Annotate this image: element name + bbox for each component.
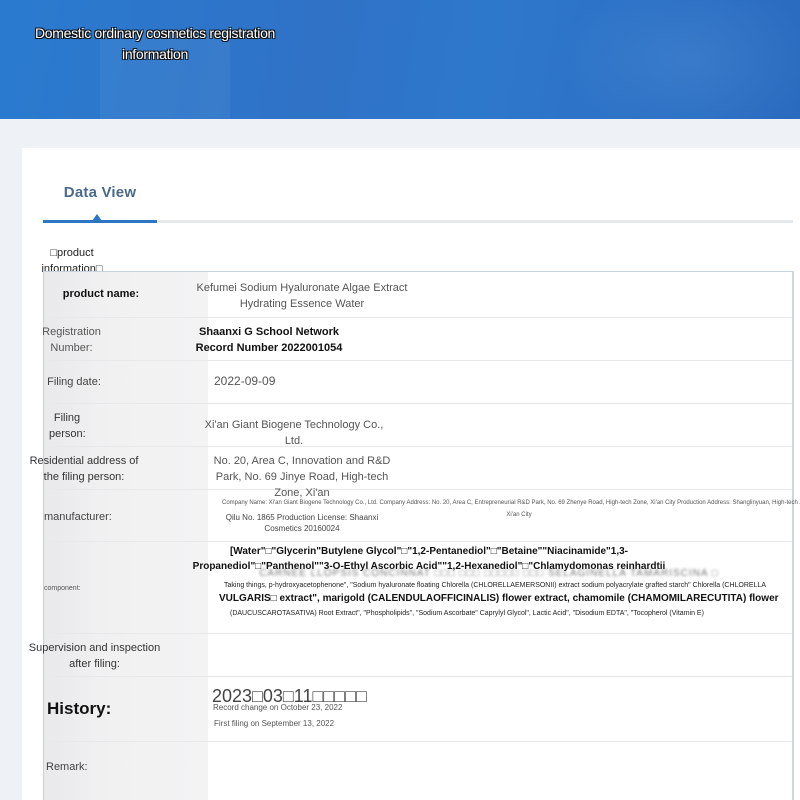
row-label: product name: [36,286,166,302]
page-title: Domestic ordinary cosmetics registration… [20,23,290,65]
manufacturer-city: Xi'an City [499,511,539,520]
row-label: Remark: [46,759,96,775]
header-banner: Domestic ordinary cosmetics registration… [0,0,800,119]
component-line-3: Taking things, p-hydroxyacetophenone", "… [224,581,769,591]
table-row-product-name: product name: Kefumei Sodium Hyaluronate… [44,272,792,318]
table-row-remark: Remark: [44,741,792,798]
filing-person-value: Xi'an Giant Biogene Technology Co., Ltd. [194,417,394,449]
history-entry-first: First filing on September 13, 2022 [214,718,414,730]
filing-date-value: 2022-09-09 [214,373,294,389]
caret-up-icon [92,214,102,221]
row-label: Registration Number: [34,324,109,356]
component-line-4: VULGARIS□ extract", marigold (CALENDULAO… [219,592,779,606]
component-blurred-line: CARNEE LLOPSIS CONCINNAT □□□ □□□ □□□□□ □… [219,566,759,582]
manufacturer-license: Qilu No. 1865 Production License: Shaanx… [212,512,392,534]
table-row-registration-number: Registration Number: Shaanxi G School Ne… [44,317,792,361]
table-row-address: Residential address of the filing person… [44,446,792,490]
table-row-filing-person: Filing person: Xi'an Giant Biogene Techn… [44,403,792,447]
table-row-history: History: 2023□03□11□□□□□ Record change o… [44,676,792,742]
component-line-5: (DAUCUSCAROTASATIVA) Root Extract", "Pho… [230,609,750,619]
row-label: Filing date: [39,374,109,390]
row-label: History: [47,699,107,719]
manufacturer-company: Company Name: Xi'an Giant Biogene Techno… [222,499,800,508]
table-row-filing-date: Filing date: 2022-09-09 [44,360,792,404]
row-label: Filing person: [49,410,85,442]
row-label: Supervision and inspection after filing: [26,640,163,672]
table-row-manufacturer: manufacturer: Company Name: Xi'an Giant … [44,489,792,542]
table-row-component: component: [Water"□"Glycerin"Butylene Gl… [44,541,792,634]
product-info-table: product name: Kefumei Sodium Hyaluronate… [43,271,794,800]
table-row-supervision: Supervision and inspection after filing: [44,633,792,677]
row-label: component: [44,581,104,597]
history-entry-change: Record change on October 23, 2022 [213,702,413,714]
row-label: manufacturer: [44,509,114,525]
tab-data-view[interactable]: Data View [43,184,157,201]
registration-number-value: Shaanxi G School Network Record Number 2… [189,324,349,356]
product-name-value: Kefumei Sodium Hyaluronate Algae Extract… [172,280,432,312]
row-label: Residential address of the filing person… [28,453,140,485]
